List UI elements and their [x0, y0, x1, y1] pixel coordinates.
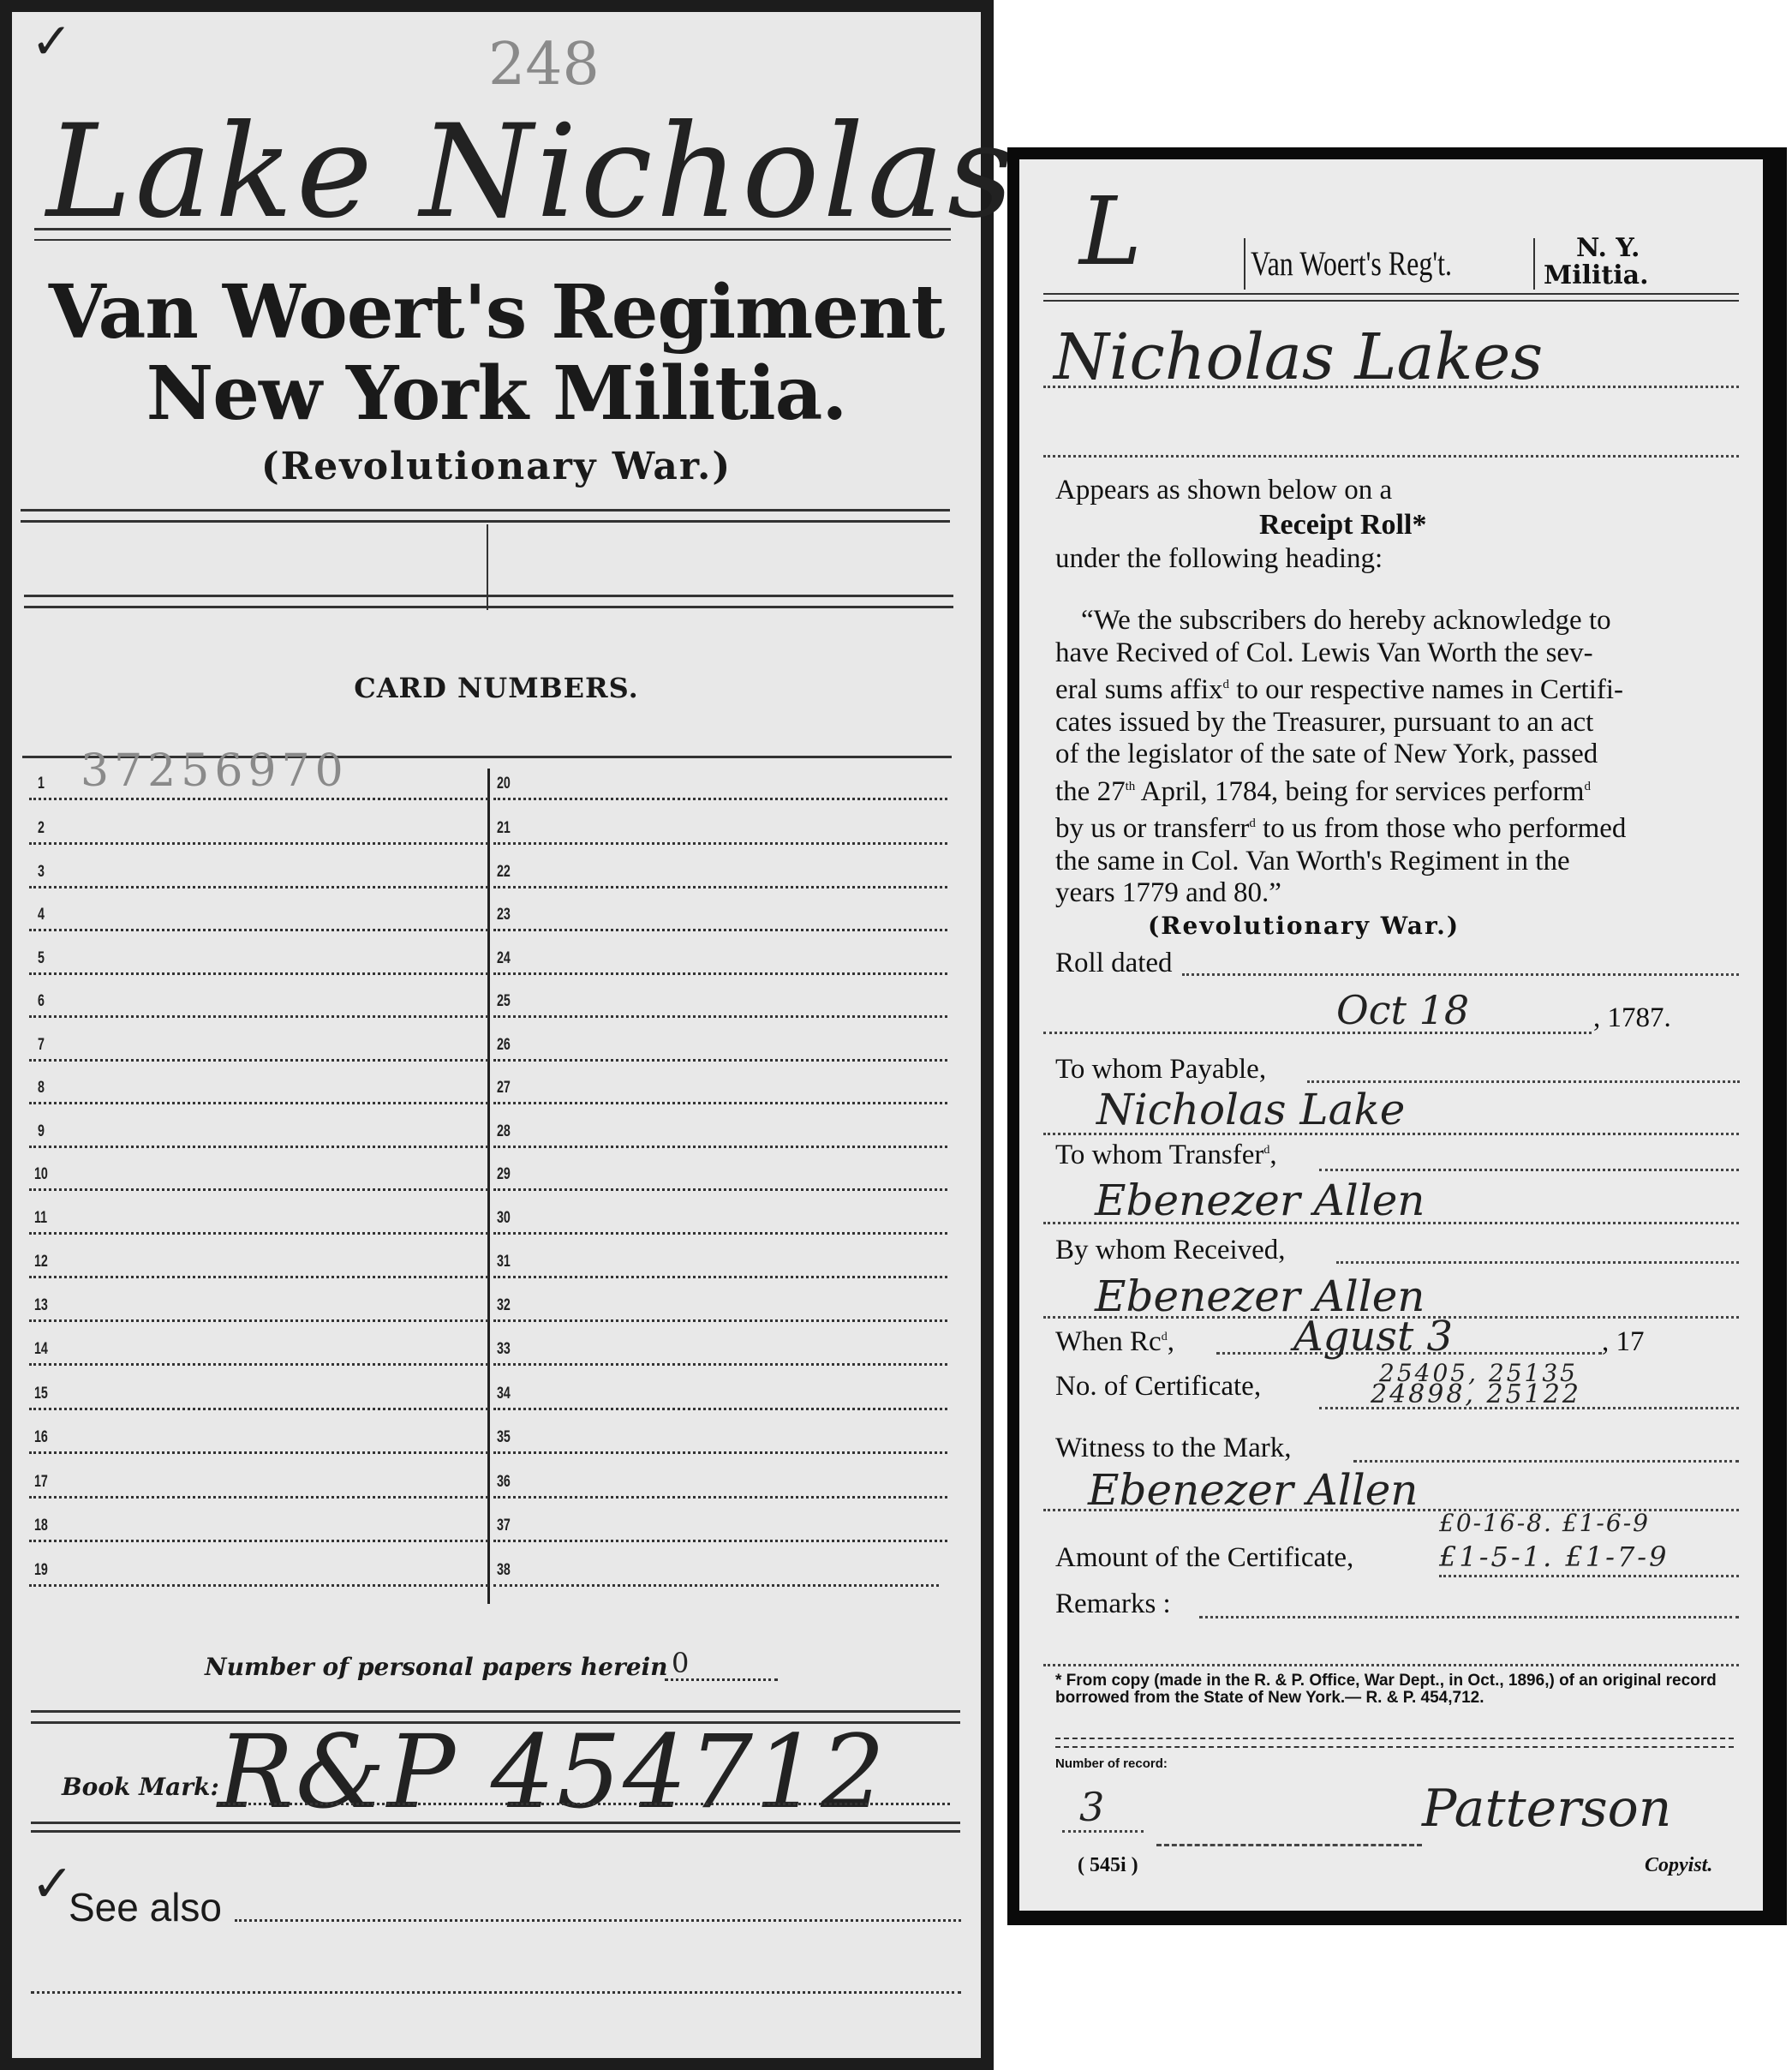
card-number-row: 20 — [493, 756, 947, 800]
card-number-row: 27 — [493, 1060, 947, 1104]
checkmark-icon: ✓ — [31, 12, 73, 70]
roll-dated-year: , 1787. — [1593, 1002, 1671, 1034]
roll-dated-label: Roll dated — [1055, 948, 1173, 979]
transfer-line — [1319, 1169, 1739, 1171]
card-number-row: 24 — [493, 930, 947, 975]
soldier-name-handwritten: Lake Nicholas — [46, 98, 1017, 247]
when-received-label: When Rcd, — [1055, 1326, 1174, 1358]
initial-letter: L — [1079, 176, 1142, 286]
footnote: * From copy (made in the R. & P. Office,… — [1055, 1672, 1732, 1707]
card-number-row: 32 — [493, 1277, 947, 1322]
card-number-row: 31 — [493, 1234, 947, 1278]
quote-line: of the legislator of the sate of New Yor… — [1055, 739, 1732, 771]
card-number-row: 36 — [493, 1454, 947, 1499]
personal-papers-line — [665, 1678, 778, 1681]
card-number-value: 37256970 — [81, 745, 349, 797]
transfer-value: Ebenezer Allen — [1095, 1176, 1425, 1225]
see-also-line-2 — [31, 1991, 961, 1994]
book-mark-label: Book Mark: — [62, 1773, 219, 1801]
amount-line1: £0-16-8. £1-6-9 — [1439, 1509, 1650, 1537]
quote-line: have Recived of Col. Lewis Van Worth the… — [1055, 637, 1732, 670]
witness-label: Witness to the Mark, — [1055, 1433, 1291, 1464]
personal-papers-label: Number of personal papers herein — [205, 1653, 668, 1681]
card-number-row: 13 — [29, 1277, 488, 1322]
roll-dated-value: Oct 18 — [1336, 987, 1469, 1033]
war-label: (Revolutionary War.) — [1148, 912, 1460, 940]
militia-label: Militia. — [1544, 260, 1649, 290]
card-number-row: 19 — [29, 1542, 488, 1587]
transfer-label: To whom Transferd, — [1055, 1140, 1277, 1171]
name-underline — [34, 228, 951, 230]
file-number: 248 — [488, 31, 600, 99]
payable-line — [1307, 1080, 1740, 1083]
record-number-line — [1062, 1830, 1144, 1833]
quote-line: the 27th April, 1784, being for services… — [1055, 771, 1732, 809]
book-mark-line — [218, 1803, 950, 1805]
index-card: ✓ 248 Lake Nicholas Van Woert's Regiment… — [12, 12, 981, 2058]
footer-rule — [1055, 1738, 1734, 1739]
header-rule — [1043, 293, 1739, 295]
roll-dated-line-2 — [1043, 1032, 1592, 1034]
state-label: N. Y. — [1576, 233, 1640, 263]
name-line-2 — [1043, 455, 1739, 458]
card-number-row: 33 — [493, 1321, 947, 1366]
payable-line-2 — [1043, 1133, 1739, 1135]
card-number-row: 2 — [29, 800, 488, 845]
remarks-line-2 — [1043, 1664, 1739, 1666]
roll-dated-line — [1182, 973, 1739, 976]
card-number-row: 35 — [493, 1409, 947, 1454]
quote-line: “We the subscribers do hereby acknowledg… — [1055, 605, 1732, 637]
card-number-row: 21 — [493, 800, 947, 845]
card-number-row: 8 — [29, 1060, 488, 1104]
quote-line: by us or transferrd to us from those who… — [1055, 808, 1732, 846]
certificate-numbers-line2: 24898, 25122 — [1371, 1379, 1581, 1409]
header-divider — [1244, 238, 1245, 290]
regiment-name: Van Woert's Reg't. — [1251, 243, 1452, 284]
roll-type: Receipt Roll* — [1259, 509, 1426, 541]
checkmark-icon: ✓ — [31, 1854, 74, 1914]
card-numbers-heading: CARD NUMBERS. — [12, 672, 981, 704]
record-number-value: 3 — [1079, 1784, 1104, 1830]
card-number-row: 30 — [493, 1190, 947, 1235]
amount-line — [1439, 1575, 1739, 1577]
card-number-row: 14 — [29, 1321, 488, 1366]
when-received-year: , 17 — [1602, 1326, 1645, 1358]
roll-heading-quote: “We the subscribers do hereby acknowledg… — [1055, 605, 1732, 910]
card-number-row: 137256970 — [29, 756, 488, 800]
see-also-label: See also — [69, 1884, 222, 1930]
card-number-row: 16 — [29, 1409, 488, 1454]
card-number-row: 18 — [29, 1498, 488, 1542]
received-by-label: By whom Received, — [1055, 1235, 1286, 1266]
card-number-row: 5 — [29, 930, 488, 975]
card-number-row: 25 — [493, 973, 947, 1018]
remarks-line[interactable] — [1199, 1616, 1739, 1618]
regiment-title: Van Woert's Regiment — [12, 269, 981, 356]
quote-line: cates issued by the Treasurer, pursuant … — [1055, 707, 1732, 739]
record-number-label: Number of record: — [1055, 1756, 1168, 1771]
name-line — [1043, 386, 1739, 388]
card-number-row: 37 — [493, 1498, 947, 1542]
card-number-row: 12 — [29, 1234, 488, 1278]
card-number-row: 22 — [493, 844, 947, 888]
book-mark-value: R&P 454712 — [218, 1713, 887, 1831]
card-number-row: 26 — [493, 1017, 947, 1062]
quote-line: years 1779 and 80.” — [1055, 877, 1732, 910]
copyist-label: Copyist. — [1645, 1854, 1712, 1877]
receipt-roll-card: L Van Woert's Reg't. N. Y. Militia. Nich… — [1019, 159, 1763, 1911]
personal-papers-value: 0 — [672, 1647, 689, 1679]
card-number-row: 23 — [493, 887, 947, 931]
militia-title: New York Militia. — [12, 350, 981, 437]
received-by-line — [1336, 1261, 1739, 1264]
copyist-signature: Patterson — [1422, 1779, 1671, 1839]
soldier-name-handwritten: Nicholas Lakes — [1054, 320, 1543, 394]
card-number-row: 28 — [493, 1104, 947, 1148]
header-rule-3 — [24, 595, 953, 597]
payable-label: To whom Payable, — [1055, 1054, 1266, 1086]
card-number-row: 3 — [29, 844, 488, 888]
header-rule-2 — [21, 520, 950, 523]
card-number-row: 9 — [29, 1104, 488, 1148]
header-rule — [21, 509, 950, 512]
payable-value: Nicholas Lake — [1096, 1085, 1405, 1134]
card-number-row: 17 — [29, 1454, 488, 1499]
transfer-line-2 — [1043, 1222, 1739, 1224]
certificate-number-line — [1319, 1407, 1739, 1409]
header-rule-4 — [24, 606, 953, 608]
war-subtitle: (Revolutionary War.) — [12, 445, 981, 488]
row-number: 1 — [38, 775, 45, 793]
card-number-row: 7 — [29, 1017, 488, 1062]
certificate-number-label: No. of Certificate, — [1055, 1371, 1261, 1403]
remarks-label: Remarks : — [1055, 1588, 1171, 1620]
witness-value: Ebenezer Allen — [1088, 1465, 1419, 1515]
card-number-row: 15 — [29, 1366, 488, 1410]
card-number-row: 10 — [29, 1146, 488, 1191]
witness-line — [1353, 1460, 1739, 1463]
header-rule-2 — [1043, 300, 1739, 302]
when-received-value: Agust 3 — [1293, 1313, 1453, 1361]
quote-line: the same in Col. Van Worth's Regiment in… — [1055, 846, 1732, 878]
form-number: ( 545i ) — [1078, 1854, 1138, 1877]
card-number-row: 29 — [493, 1146, 947, 1191]
card-number-row: 34 — [493, 1366, 947, 1410]
seealso-rule-2 — [31, 1830, 960, 1833]
header-divider-2 — [1533, 238, 1535, 290]
header-divider — [487, 524, 488, 610]
card-number-row: 4 — [29, 887, 488, 931]
footer-rule-2 — [1055, 1746, 1734, 1748]
amount-line2: £1-5-1. £1-7-9 — [1439, 1541, 1669, 1573]
name-underline-2 — [34, 239, 951, 241]
card-number-row: 38 — [493, 1542, 939, 1587]
quote-line: eral sums affixd to our respective names… — [1055, 669, 1732, 707]
copyist-line — [1156, 1844, 1422, 1846]
card-number-row: 11 — [29, 1190, 488, 1235]
seealso-rule — [31, 1822, 960, 1824]
card-number-row: 6 — [29, 973, 488, 1018]
see-also-line — [235, 1919, 961, 1922]
amount-label: Amount of the Certificate, — [1055, 1542, 1353, 1574]
intro-text: Appears as shown below on a — [1055, 475, 1392, 506]
intro-text-2: under the following heading: — [1055, 543, 1383, 575]
